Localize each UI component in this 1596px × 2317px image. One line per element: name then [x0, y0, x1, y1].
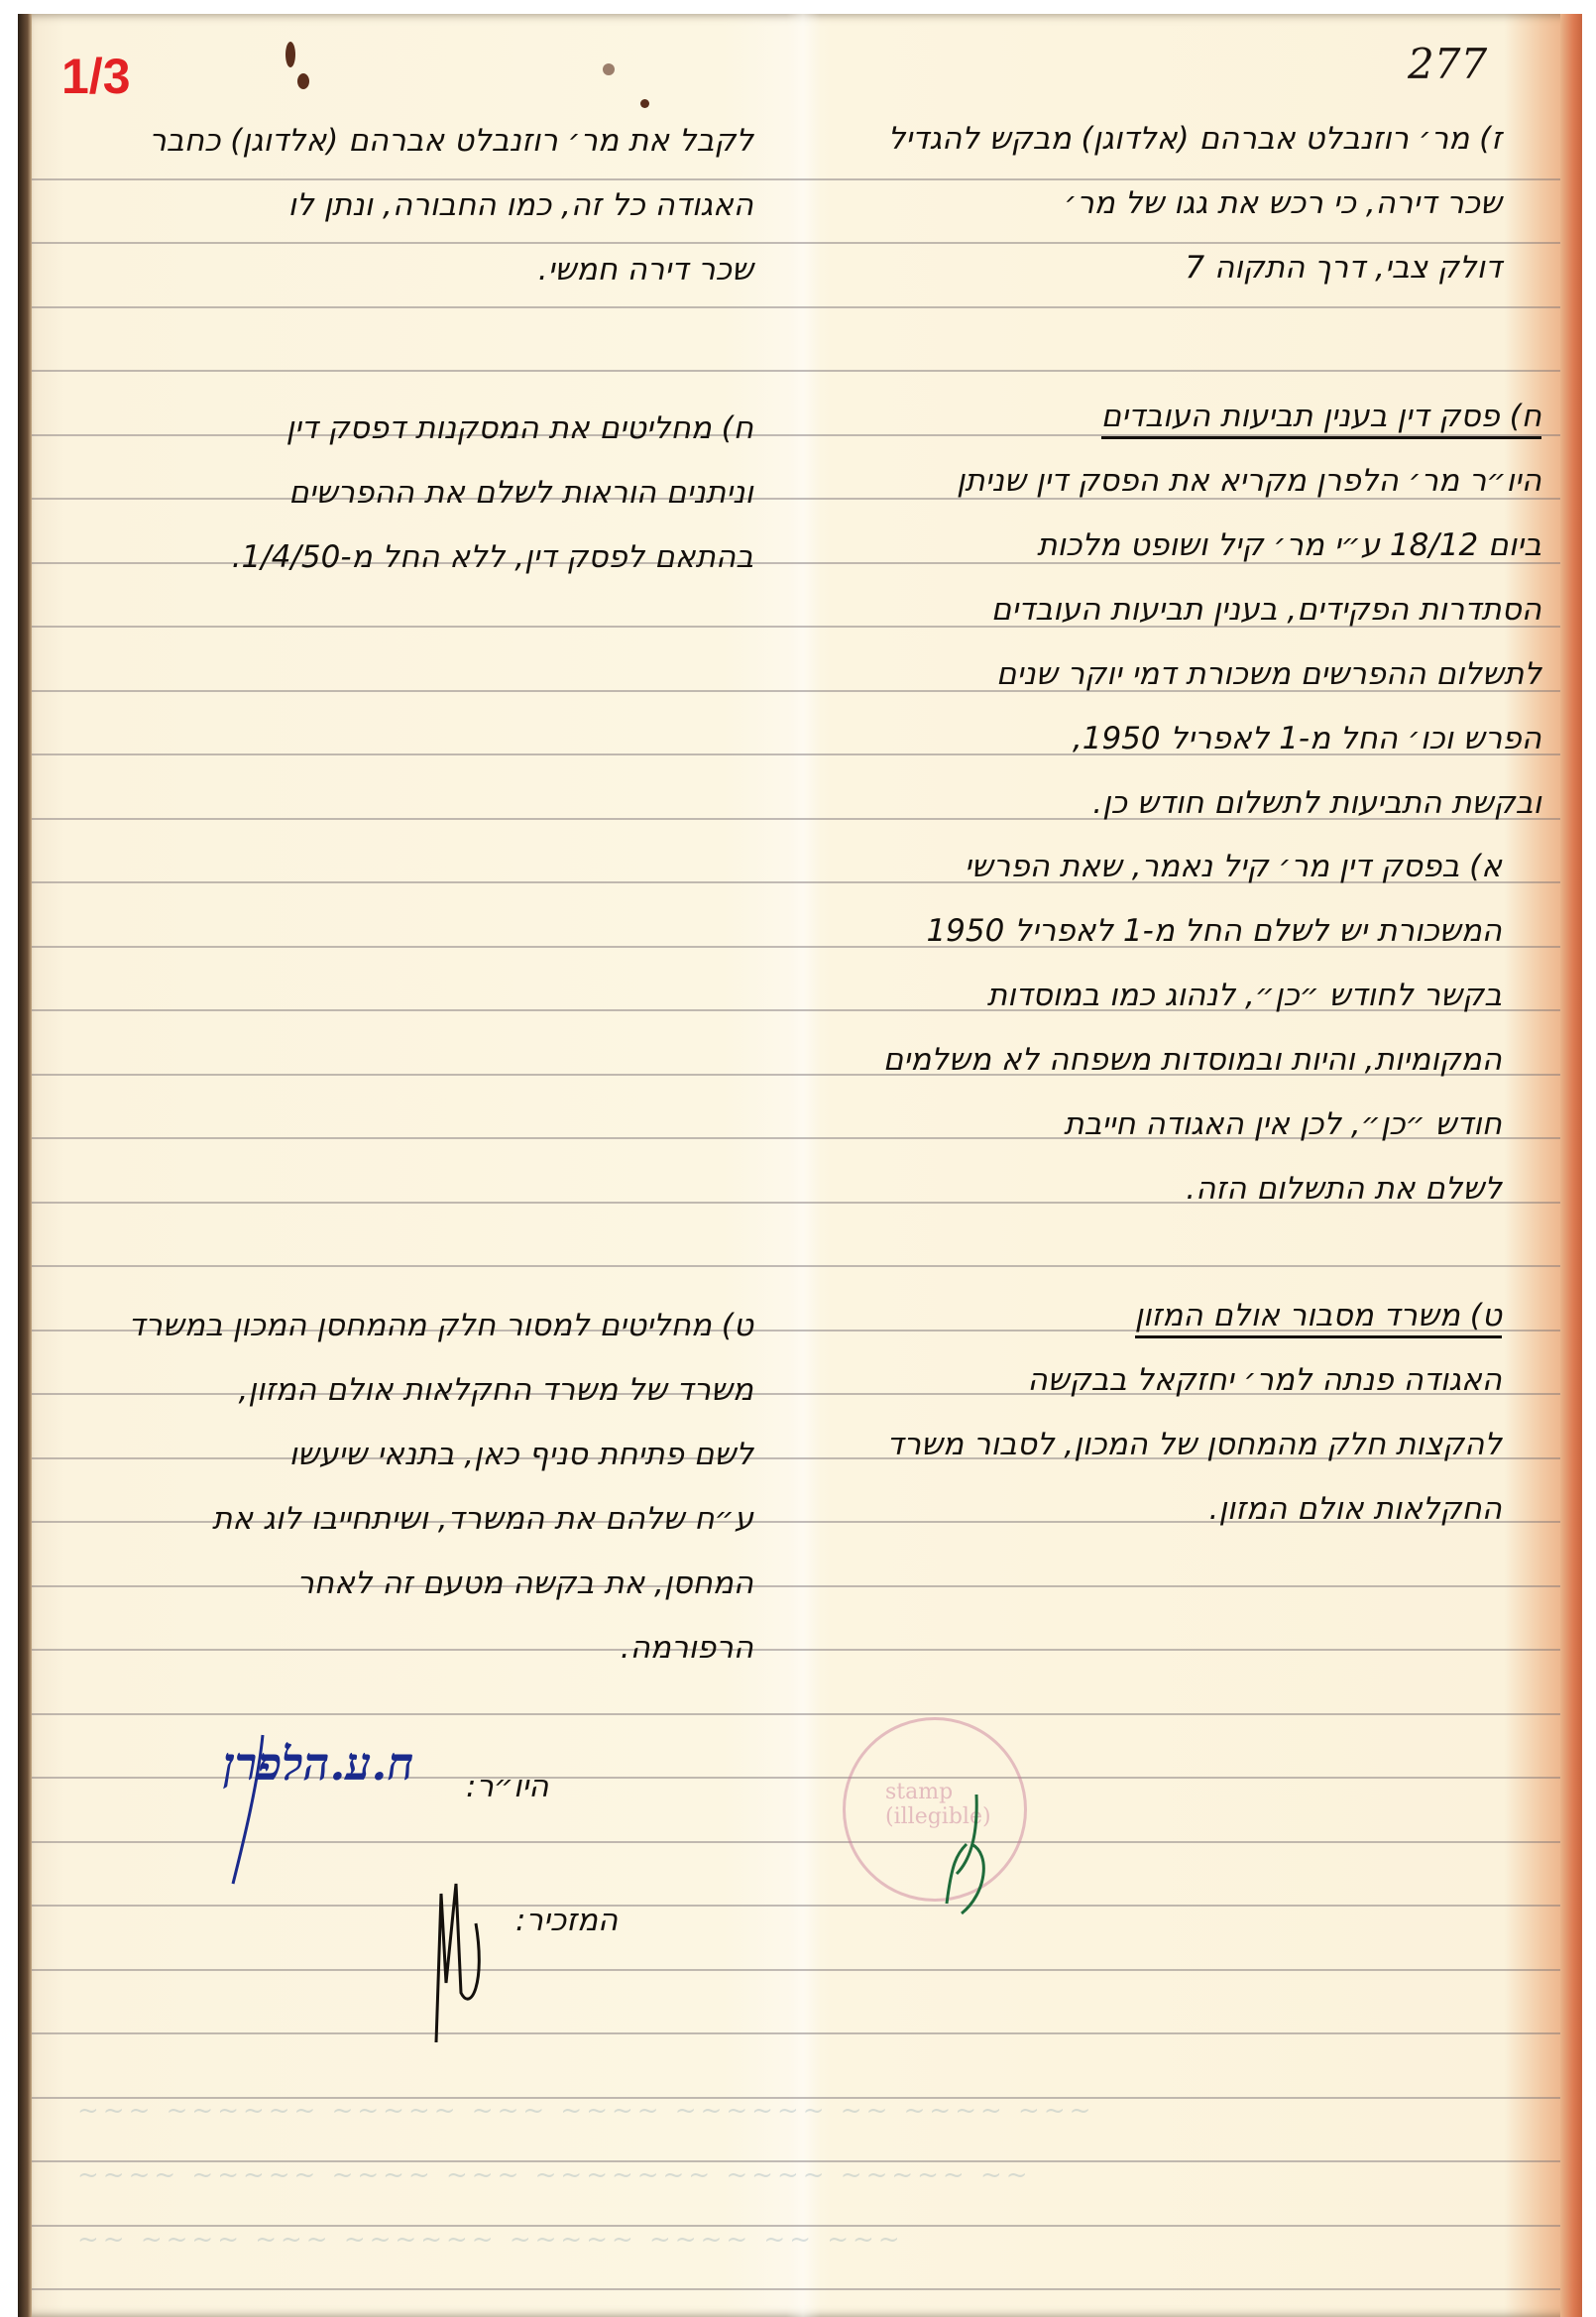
ink-stain	[285, 42, 295, 67]
text-line: בהתאם לפסק דין, ללא החל מ-1/4/50.	[59, 525, 753, 590]
text-line: ביום 18/12 ע״י מר׳ קיל ושופט מלכות	[808, 514, 1541, 578]
text-line: הרפורמה.	[59, 1616, 753, 1680]
text-line: לתשלום ההפרשים משכורת דמי יוקר שנים	[808, 642, 1541, 707]
text-line: א) בפסק דין מר׳ קיל נאמר, שאת הפרשי	[768, 835, 1502, 899]
text-line: שכר דירה, כי רכש את גגו של מר׳	[788, 172, 1502, 236]
ruled-line	[32, 1713, 1560, 1715]
bleed-through-text: ~~~ ~~ ~~~~ ~~~~~ ~~~~~~ ~~~ ~~~~ ~~	[77, 2225, 904, 2255]
section-t: ט) משרד מסבור אולם המזון האגודה פנתה למר…	[768, 1284, 1502, 1542]
text-line: האגודה כל זה, כמו החבורה, ונתן לו	[59, 174, 753, 238]
ruled-line	[32, 1969, 1560, 1971]
bleed-through-text: ~~~ ~~~~ ~~ ~~~~~~ ~~~~ ~~~ ~~~~~ ~~~~~~…	[77, 2096, 1094, 2126]
text-line: ע״ח שלהם את המשרד, ושיתחייבו לוג את	[59, 1487, 753, 1552]
book-binding	[18, 14, 32, 2317]
section-heading: ח) פסק דין בענין תביעות העובדים	[1101, 399, 1541, 439]
ruled-line	[32, 2288, 1560, 2290]
section-z: ז) מר׳ רוזנבלט אברהם (אלדוגן) מבקש להגדי…	[788, 107, 1502, 300]
text-line: לקבל את מר׳ רוזנבלט אברהם (אלדוגן) כחבר	[59, 109, 753, 174]
secretary-label: המזכיר:	[515, 1889, 714, 1953]
text-line: הסתדרות הפקידים, בענין תביעות העובדים	[808, 578, 1541, 642]
ruled-line	[32, 1265, 1560, 1267]
text-line: לשם פתיחת סניף כאן, בתנאי שיעשו	[59, 1423, 753, 1487]
page-edge	[1560, 14, 1582, 2317]
text-line: חודש ״כן״, לכן אין האגודה חייבת	[768, 1093, 1502, 1157]
text-line: להקצות חלק מהמחסן של המכון, לסבור משרד	[768, 1413, 1502, 1477]
text-line: לשלם את התשלום הזה.	[768, 1157, 1502, 1221]
text-line: ובקשת התביעות לתשלום חודש כן.	[808, 771, 1541, 836]
section-heading: ט) משרד מסבור אולם המזון	[1135, 1298, 1502, 1338]
text-line: הפרש וכו׳ החל מ-1 לאפריל 1950,	[808, 707, 1541, 771]
text-line: ט) מחליטים למסור חלק מהמחסן המכון במשרד	[59, 1294, 753, 1358]
text-line: המחסן, את בקשה מטעם זה לאחר	[59, 1552, 753, 1616]
text-line: המשכורת יש לשלם החל מ-1 לאפריל 1950	[768, 899, 1502, 964]
ink-stain	[603, 63, 615, 75]
section-z-resolution: לקבל את מר׳ רוזנבלט אברהם (אלדוגן) כחבר …	[59, 109, 753, 302]
text-line: בקשר לחודש ״כן״, לנהוג כמו במוסדות	[768, 964, 1502, 1028]
page-number: 277	[1408, 40, 1487, 88]
section-h-subclause: א) בפסק דין מר׳ קיל נאמר, שאת הפרשי המשכ…	[768, 835, 1502, 1221]
text-line: וניתנים הוראות לשלם את ההפרשים	[59, 461, 753, 525]
text-line: ז) מר׳ רוזנבלט אברהם (אלדוגן) מבקש להגדי…	[788, 107, 1502, 172]
text-line: האגודה פנתה למר׳ יחזקאל בבקשה	[768, 1348, 1502, 1413]
text-line: דולק צבי, דרך התקוה 7	[788, 236, 1502, 300]
signature-flourish-icon	[223, 1725, 283, 1894]
text-line: ח) מחליטים את המסקנות דפסק דין	[59, 397, 753, 461]
ruled-line	[32, 306, 1560, 308]
ink-stain	[297, 73, 309, 89]
section-h: ח) פסק דין בענין תביעות העובדים היו״ר מר…	[808, 385, 1541, 836]
ink-stain	[640, 99, 649, 108]
ruled-line	[32, 1905, 1560, 1907]
green-initials-icon	[937, 1785, 1016, 1923]
ruled-line	[32, 370, 1560, 372]
text-line: משרד של משרד החקלאות אולם המזון,	[59, 1358, 753, 1423]
text-line: המקומיות, והיות ובמוסדות משפחה לא משלמים	[768, 1028, 1502, 1093]
bleed-through-text: ~~ ~~~~~ ~~~~ ~~~~~~~ ~~~ ~~~~ ~~~~~ ~~~…	[77, 2160, 1032, 2190]
text-line: החקלאות אולם המזון.	[768, 1477, 1502, 1542]
ruled-line	[32, 2032, 1560, 2034]
text-line: שכר דירה חמשי.	[59, 238, 753, 302]
text-line: היו״ר מר׳ הלפרן מקריא את הפסק דין שניתן	[808, 449, 1541, 514]
page-marker: 1/3	[61, 48, 131, 105]
chairman-label: היו״ר:	[466, 1755, 664, 1819]
secretary-signature-icon	[416, 1864, 496, 2062]
section-h-resolution: ח) מחליטים את המסקנות דפסק דין וניתנים ה…	[59, 397, 753, 590]
section-t-resolution: ט) מחליטים למסור חלק מהמחסן המכון במשרד …	[59, 1294, 753, 1680]
